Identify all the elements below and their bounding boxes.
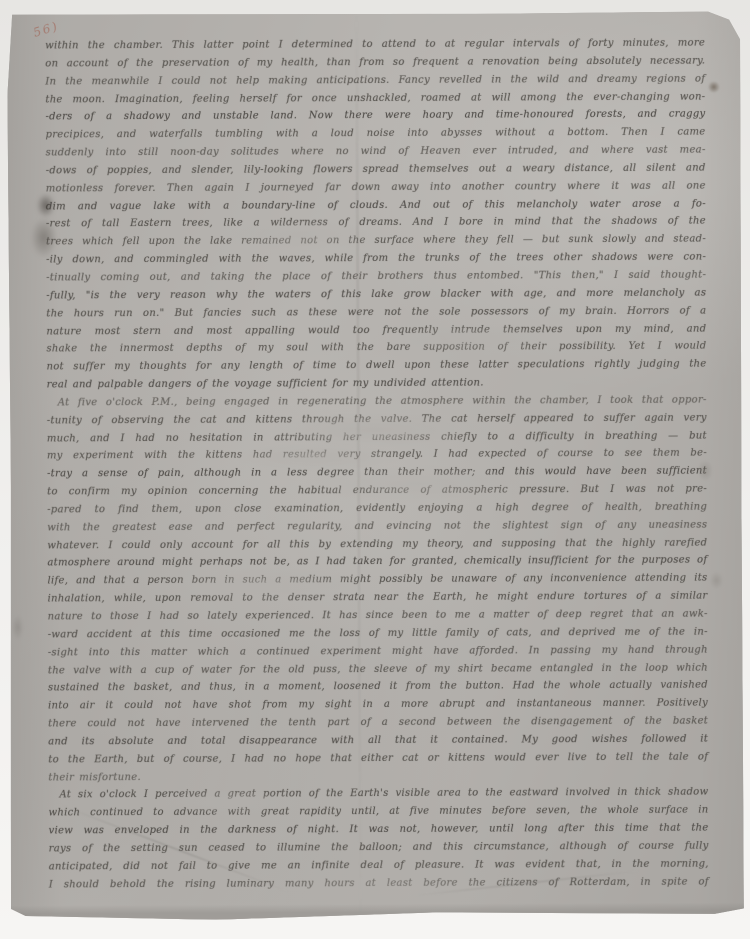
ink-spot-stain xyxy=(707,81,720,92)
edge-smudge xyxy=(12,615,24,641)
edge-smudge xyxy=(709,571,723,589)
manuscript-text: within the chamber. This latter point I … xyxy=(45,35,709,894)
manuscript-line: I should behold the rising luminary many… xyxy=(49,873,709,894)
manuscript-page: 56) within the chamber. This latter poin… xyxy=(7,11,744,920)
